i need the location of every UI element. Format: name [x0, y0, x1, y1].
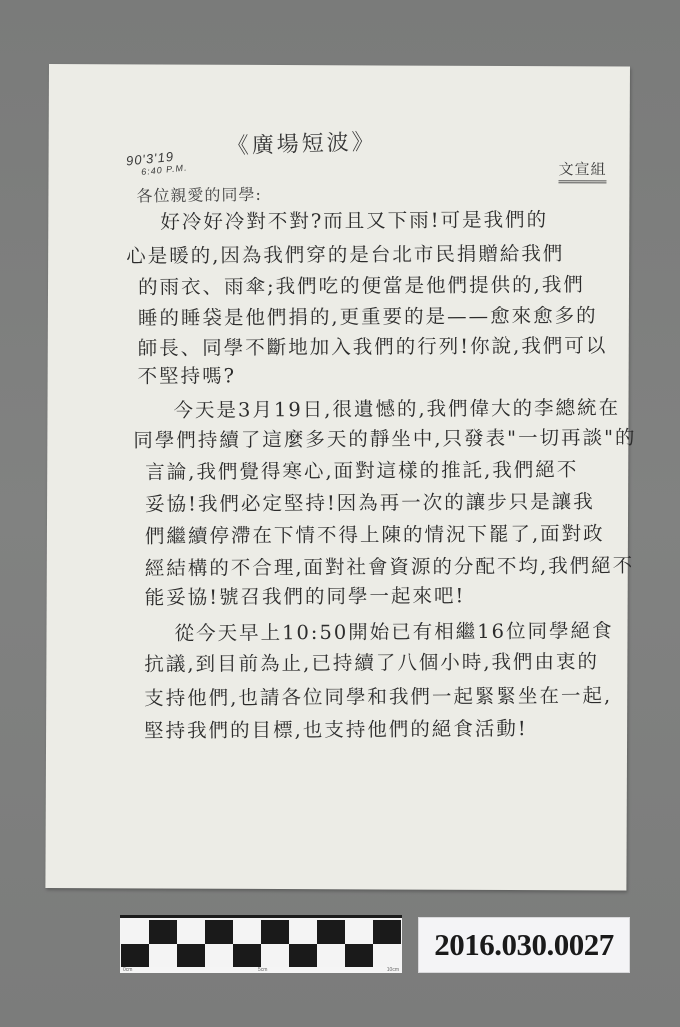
scale-cell — [205, 920, 233, 944]
scale-cell — [289, 944, 317, 968]
body-line: 好冷好冷對不對?而且又下雨!可是我們的 — [160, 210, 548, 232]
scale-cell — [373, 944, 401, 968]
body-line: 今天是3月19日,很遺憾的,我們偉大的李總統在 — [173, 398, 620, 420]
body-line: 從今天早上10:50開始已有相繼16位同學絕食 — [174, 621, 613, 643]
body-line: 言論,我們覺得寒心,面對這樣的推託,我們絕不 — [145, 460, 578, 482]
scale-cell — [233, 944, 261, 968]
accession-number-label: 2016.030.0027 — [418, 917, 630, 973]
document-title: 《廣場短波》 — [226, 125, 377, 161]
body-line: 支持他們,也請各位同學和我們一起緊緊坐在一起, — [144, 686, 612, 708]
scale-cell — [261, 920, 289, 944]
scale-cell — [317, 944, 345, 968]
body-line: 經結構的不合理,面對社會資源的分配不均,我們絕不 — [145, 556, 635, 578]
scale-cell — [345, 920, 373, 944]
scale-cell — [373, 920, 401, 944]
scale-label-5cm: 5cm — [258, 967, 267, 973]
scale-label-10cm: 10cm — [387, 967, 399, 973]
scale-label-0cm: 0cm — [123, 967, 132, 973]
scale-cell — [205, 944, 233, 968]
scale-cell — [149, 920, 177, 944]
scale-cell — [149, 944, 177, 968]
handwritten-letter: 《廣場短波》 90'3'19 6:40 P.M. 文宣組 各位親愛的同學: 好冷… — [45, 64, 630, 891]
scale-cell — [177, 920, 205, 944]
color-scale-bar: 0cm 5cm 10cm — [120, 915, 402, 973]
body-line: 不堅持嗎? — [138, 366, 237, 386]
scale-cell — [345, 944, 373, 968]
scale-cell — [177, 944, 205, 968]
author-signature: 文宣組 — [558, 158, 606, 183]
body-line: 睡的睡袋是他們捐的,更重要的是——愈來愈多的 — [138, 306, 598, 328]
body-line: 同學們持續了這麼多天的靜坐中,只發表"一切再談"的 — [133, 428, 636, 451]
body-line: 抗議,到目前為止,已持續了八個小時,我們由衷的 — [144, 652, 599, 674]
body-line: 們繼續停滯在下情不得上陳的情況下罷了,面對政 — [145, 524, 605, 546]
scale-cell — [289, 920, 317, 944]
scale-cell — [317, 920, 345, 944]
scale-cell — [121, 920, 149, 944]
body-line: 妥協!我們必定堅持!因為再一次的讓步只是讓我 — [145, 492, 595, 514]
body-line: 堅持我們的目標,也支持他們的絕食活動! — [144, 719, 528, 741]
document-date: 90'3'19 6:40 P.M. — [126, 150, 188, 180]
scale-cell — [121, 944, 149, 968]
accession-number: 2016.030.0027 — [434, 927, 614, 963]
scale-cell — [261, 944, 289, 968]
body-line: 心是暖的,因為我們穿的是台北市民捐贈給我們 — [126, 244, 564, 266]
body-line: 師長、同學不斷地加入我們的行列!你說,我們可以 — [138, 336, 608, 358]
body-line: 的雨衣、雨傘;我們吃的便當是他們提供的,我們 — [138, 275, 585, 297]
body-line: 能妥協!號召我們的同學一起來吧! — [145, 586, 466, 607]
salutation: 各位親愛的同學: — [136, 182, 262, 207]
scale-cell — [233, 920, 261, 944]
